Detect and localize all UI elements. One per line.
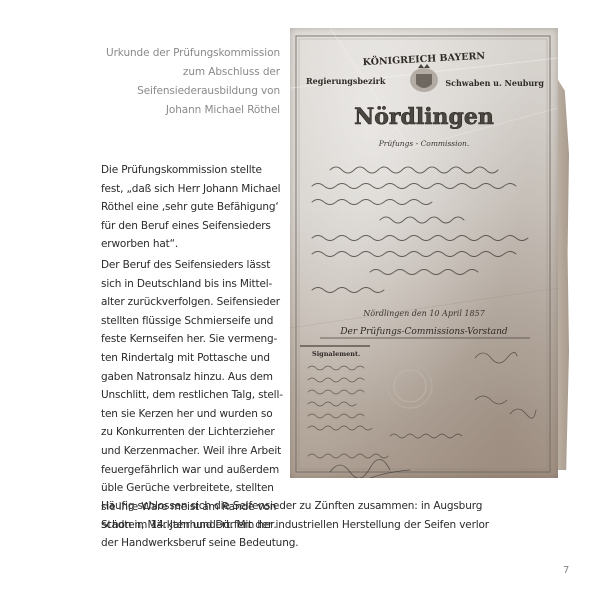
doc-chair: Der Prüfungs-Commissions-Vorstand [339,327,508,337]
certificate-photo: KÖNIGREICH BAYERN Regierungsbezirk Schwa… [290,28,558,478]
page-number: 7 [563,565,569,576]
text-line: feuergefährlich war und außerdem [101,461,283,480]
text-line: stellten flüssige Schmierseife und [101,312,283,331]
caption-line: zum Abschluss der [80,63,280,82]
history-paragraph: Der Beruf des Seifensieders lässt sich i… [101,256,283,535]
doc-kingdom: KÖNIGREICH BAYERN [362,49,485,68]
text-line: Röthel eine ‚sehr gute Befähigung‘ [101,198,280,217]
quote-paragraph: Die Prüfungskommission stellte fest, „da… [101,161,280,254]
text-line: ten sie Kerzen her und wurden so [101,405,283,424]
text-line: ten Rindertalg mit Pottasche und [101,349,283,368]
doc-place-date: Nördlingen den 10 April 1857 [362,309,486,318]
caption-line: Johann Michael Röthel [80,101,280,120]
text-line: fest, „daß sich Herr Johann Michael [101,180,280,199]
text-line: feste Kernseifen her. Sie vermeng- [101,330,283,349]
text-line: der Handwerksberuf seine Bedeutung. [101,534,489,553]
doc-signalement: Signalement. [312,350,360,358]
doc-commission: Prüfungs - Commission. [378,139,470,148]
text-line: gaben Natronsalz hinzu. Aus dem [101,368,283,387]
text-line: Der Beruf des Seifensieders lässt [101,256,283,275]
embossed-seal-icon [388,364,432,408]
text-line: Die Prüfungskommission stellte [101,161,280,180]
text-line: erworben hat“. [101,235,280,254]
text-line: sich in Deutschland bis ins Mittel- [101,275,283,294]
text-line: schon im 14. Jahrhundert. Mit der indust… [101,516,489,535]
caption-line: Seifensiederausbildung von [80,82,280,101]
text-line: zu Konkurrenten der Lichterzieher [101,423,283,442]
history-paragraph-continued: Häufig schlossen sich die Seifensieder z… [101,497,489,553]
doc-city: Nördlingen [354,104,494,130]
text-line: Unschlitt, dem restlichen Talg, stell- [101,386,283,405]
text-line: üble Gerüche verbreitete, stellten [101,479,283,498]
coat-of-arms-icon [410,64,438,92]
doc-district-left: Regierungsbezirk [306,76,386,86]
text-line: Häufig schlossen sich die Seifensieder z… [101,497,489,516]
image-caption: Urkunde der Prüfungskommission zum Absch… [80,44,280,120]
caption-line: Urkunde der Prüfungskommission [80,44,280,63]
text-line: alter zurückverfolgen. Seifensieder [101,293,283,312]
text-line: und Kerzenmacher. Weil ihre Arbeit [101,442,283,461]
doc-district-right: Schwaben u. Neuburg [445,78,544,88]
text-line: für den Beruf eines Seifensieders [101,217,280,236]
